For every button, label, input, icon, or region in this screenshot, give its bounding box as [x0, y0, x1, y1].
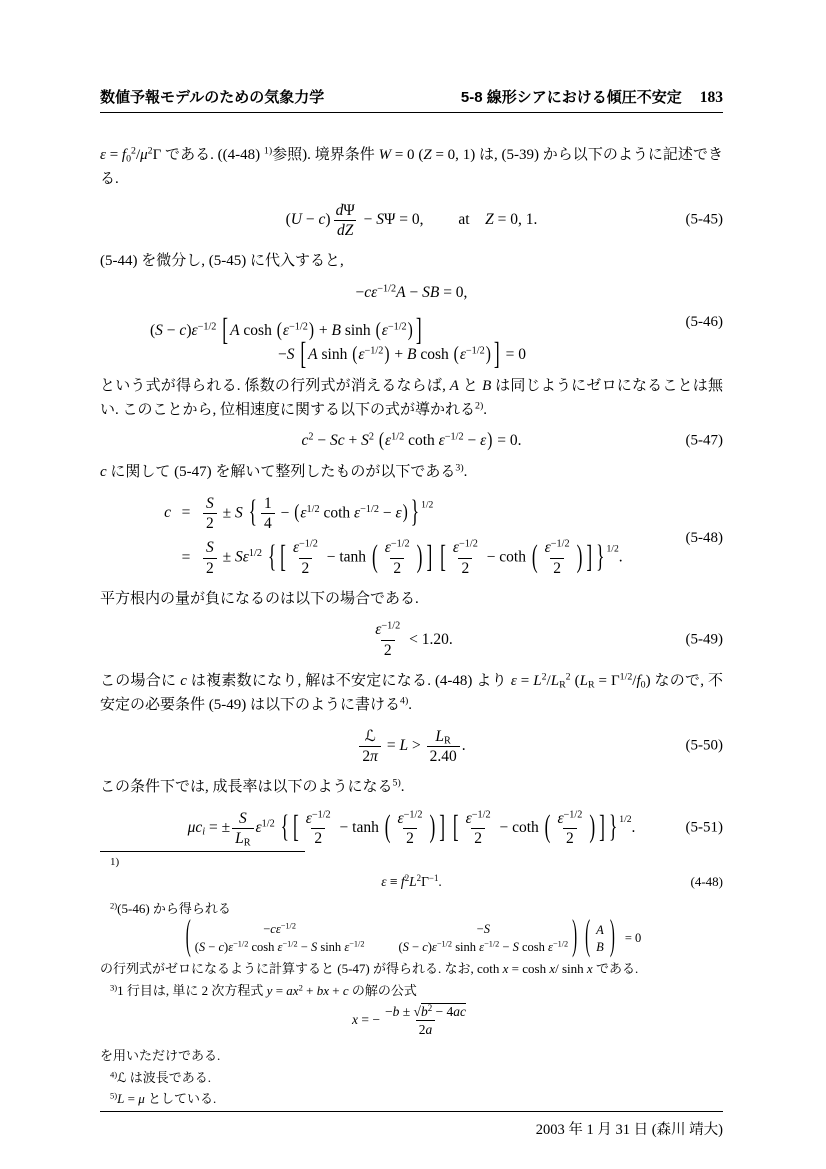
footnote-3-intro: 3)1 行目は, 単に 2 次方程式 y = ax2 + bx + c の解の公…	[100, 981, 723, 1001]
coefficient-vector: A B	[594, 923, 606, 955]
equation-5-46-line1: −cε−1/2A − SB = 0,	[100, 284, 723, 302]
matrix-r1c2: −S	[477, 922, 490, 937]
equation-5-48: c = S2 ± S {14 − (ε1/2 coth ε−1/2 − ε)}1…	[100, 495, 723, 577]
equation-5-46-line2: (S − c)ε−1/2 [A cosh (ε−1/2) + B sinh (ε…	[100, 320, 723, 340]
equation-5-49-body: ε−1/22 < 1.20.	[370, 631, 452, 648]
footnote-2-matrix-equation: ( −cε−1/2 −S (S − c)ε−1/2 cosh ε−1/2 − S…	[100, 922, 723, 955]
matrix-equals-zero: = 0	[625, 931, 641, 946]
coefficient-matrix: −cε−1/2 −S (S − c)ε−1/2 cosh ε−1/2 − S s…	[195, 922, 568, 955]
equation-5-51: μci = ±SLRε1/2 {[ε−1/22 − tanh (ε−1/22)]…	[100, 810, 723, 848]
equation-5-46-number: (5-46)	[686, 314, 724, 331]
equation-5-46-line3: −S [A sinh (ε−1/2) + B cosh (ε−1/2)] = 0	[100, 344, 723, 364]
equation-5-47-number: (5-47)	[686, 433, 724, 450]
matrix-r1c1: −cε−1/2	[263, 922, 296, 937]
equation-5-49: ε−1/22 < 1.20. (5-49)	[100, 621, 723, 659]
equation-5-50: ℒ2π = L > LR2.40. (5-50)	[100, 728, 723, 766]
vector-a: A	[596, 923, 604, 938]
footnote-3-outro: を用いただけである.	[100, 1046, 723, 1066]
vector-b: B	[596, 940, 604, 955]
equation-5-45-number: (5-45)	[686, 212, 724, 229]
running-title: 数値予報モデルのための気象力学	[100, 86, 324, 107]
equation-4-48-body: ε ≡ f2L2Γ−1.	[381, 874, 442, 889]
equation-5-49-number: (5-49)	[686, 632, 724, 649]
footnote-4: 4)ℒ は波長である.	[100, 1068, 723, 1088]
footnote-2-outro: の行列式がゼロになるように計算すると (5-47) が得られる. なお, cot…	[100, 959, 723, 979]
equation-5-50-body: ℒ2π = L > LR2.40.	[357, 737, 465, 754]
left-paren: (	[186, 915, 191, 963]
footer-rule	[100, 1111, 723, 1112]
footnote-1-equation-4-48: ε ≡ f2L2Γ−1. (4-48)	[100, 874, 723, 890]
equation-5-48-lhs: c	[155, 504, 171, 522]
paragraph-solve-c: c に関して (5-47) を解いて整列したものが以下である3).	[100, 460, 723, 484]
paragraph-boundary-condition: ε = f02/μ2Γ である. ((4-48) 1)参照). 境界条件 W =…	[100, 143, 723, 192]
paragraph-instability: この場合に c は複素数になり, 解は不安定になる. (4-48) より ε =…	[100, 669, 723, 718]
footnote-rule	[100, 851, 305, 852]
left-paren: (	[585, 915, 590, 963]
matrix-r2c1: (S − c)ε−1/2 cosh ε−1/2 − S sinh ε−1/2	[195, 940, 365, 955]
paragraph-substitute: (5-44) を微分し, (5-45) に代入すると,	[100, 249, 723, 273]
section-heading: 5-8 線形シアにおける傾圧不安定	[461, 86, 682, 107]
quadratic-formula-body: x = −−b ± √b2 − 4ac2a	[352, 1012, 471, 1027]
equals-sign: =	[171, 504, 201, 522]
document-page: 数値予報モデルのための気象力学 5-8 線形シアにおける傾圧不安定 183 ε …	[0, 0, 826, 1169]
header-rule	[100, 112, 723, 113]
page-body: ε = f02/μ2Γ である. ((4-48) 1)参照). 境界条件 W =…	[100, 137, 723, 1111]
equation-5-51-body: μci = ±SLRε1/2 {[ε−1/22 − tanh (ε−1/22)]…	[188, 819, 636, 836]
equation-5-47: c2 − Sc + S2 (ε1/2 coth ε−1/2 − ε) = 0. …	[100, 432, 723, 450]
footnote-2-intro: 2)(5-46) から得られる	[100, 899, 723, 919]
equation-5-45-body: (U − c)dΨdZ − SΨ = 0, at Z = 0, 1.	[286, 211, 538, 228]
equation-5-47-body: c2 − Sc + S2 (ε1/2 coth ε−1/2 − ε) = 0.	[302, 432, 522, 449]
page-footer: 2003 年 1 月 31 日 (森川 靖大)	[100, 1111, 723, 1139]
equation-5-51-number: (5-51)	[686, 820, 724, 837]
footnote-3-quadratic-formula: x = −−b ± √b2 − 4ac2a	[100, 1004, 723, 1037]
right-paren: )	[610, 915, 615, 963]
equation-5-48-rhs2: S2 ± Sε1/2 {[ε−1/22 − tanh (ε−1/22)] [ε−…	[201, 539, 623, 577]
equation-5-48-line2: = S2 ± Sε1/2 {[ε−1/22 − tanh (ε−1/22)] […	[155, 539, 723, 577]
paragraph-square-root: 平方根内の量が負になるのは以下の場合である.	[100, 587, 723, 611]
equation-5-48-rhs1: S2 ± S {14 − (ε1/2 coth ε−1/2 − ε)}1/2	[201, 495, 433, 533]
equals-sign: =	[171, 549, 201, 567]
header-right-group: 5-8 線形シアにおける傾圧不安定 183	[461, 86, 723, 107]
equation-5-48-number: (5-48)	[686, 530, 724, 547]
equation-4-48-number: (4-48)	[691, 874, 724, 890]
paragraph-growth-rate: この条件下では, 成長率は以下のようになる5).	[100, 775, 723, 799]
equation-5-50-number: (5-50)	[686, 738, 724, 755]
equation-5-46: −cε−1/2A − SB = 0, (S − c)ε−1/2 [A cosh …	[100, 284, 723, 364]
matrix-r2c2: (S − c)ε−1/2 sinh ε−1/2 − S cosh ε−1/2	[398, 940, 568, 955]
footnote-5: 5)L = μ としている.	[100, 1089, 723, 1109]
equation-5-48-line1: c = S2 ± S {14 − (ε1/2 coth ε−1/2 − ε)}1…	[155, 495, 723, 533]
paragraph-determinant: という式が得られる. 係数の行列式が消えるならば, A と B は同じようにゼロ…	[100, 374, 723, 423]
footnote-1-marker: 1)	[100, 855, 723, 869]
right-paren: )	[572, 915, 577, 963]
page-number: 183	[700, 89, 723, 107]
page-header: 数値予報モデルのための気象力学 5-8 線形シアにおける傾圧不安定 183	[100, 86, 723, 107]
equation-5-45: (U − c)dΨdZ − SΨ = 0, at Z = 0, 1. (5-45…	[100, 202, 723, 240]
footer-date: 2003 年 1 月 31 日 (森川 靖大)	[100, 1118, 723, 1139]
